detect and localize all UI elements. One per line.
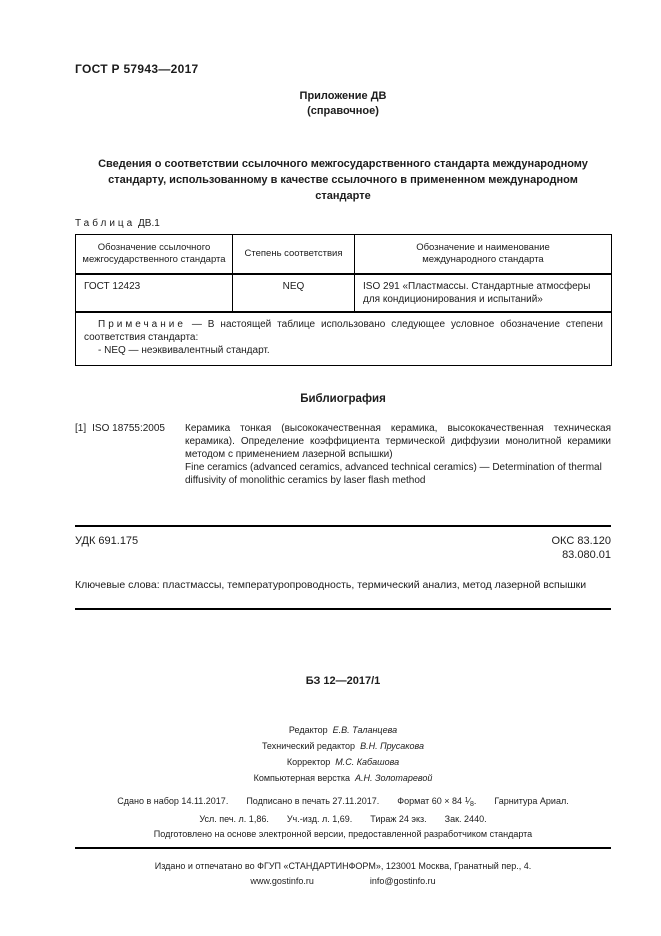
print-pub-sheets: Уч.-изд. л. 1,69. — [287, 814, 352, 824]
document-page: ГОСТ Р 57943—2017 Приложение ДВ (справоч… — [0, 0, 661, 936]
bibliography-ref-number: [1] — [75, 423, 86, 434]
table-header-text: Обозначение и наименование международног… — [388, 242, 578, 266]
credit-line: Технический редакторВ.Н. Прусакова — [75, 738, 611, 754]
credit-name: М.С. Кабашова — [335, 757, 399, 767]
credit-role: Редактор — [289, 725, 328, 735]
table-header-row: Обозначение ссылочного межгосударственно… — [76, 235, 612, 275]
print-info-line1: Сдано в набор 14.11.2017.Подписано в печ… — [75, 793, 611, 812]
table-note-paragraph: Примечание — В настоящей таблице использ… — [84, 318, 603, 344]
print-conv-sheets: Усл. печ. л. 1,86. — [199, 814, 268, 824]
bibliography-ref-code: ISO 18755:2005 — [92, 423, 165, 434]
publisher-contacts: www.gostinfo.ruinfo@gostinfo.ru — [75, 874, 611, 889]
oks-codes: ОКС 83.120 83.080.01 — [552, 534, 612, 562]
table-caption: Таблица ДВ.1 — [75, 218, 611, 229]
bibliography-text: Керамика тонкая (высококачественная кера… — [185, 422, 611, 487]
divider-line — [75, 608, 611, 610]
print-info-block: Сдано в набор 14.11.2017.Подписано в печ… — [75, 793, 611, 842]
oks-code-line2: 83.080.01 — [552, 548, 612, 562]
print-sign-date: Подписано в печать 27.11.2017. — [246, 796, 379, 806]
table-header-text: Степень соответствия — [239, 248, 348, 260]
print-format-fraction: 1⁄8 — [465, 796, 474, 806]
fraction-numerator: 1 — [465, 797, 469, 804]
table-cell-iso: ISO 291 «Пластмассы. Стандартные атмосфе… — [355, 274, 612, 312]
oks-code-line1: ОКС 83.120 — [552, 534, 612, 548]
bibliography-heading: Библиография — [75, 393, 611, 405]
print-set-date: Сдано в набор 14.11.2017. — [117, 796, 228, 806]
print-info-line2: Усл. печ. л. 1,86.Уч.-изд. л. 1,69.Тираж… — [75, 812, 611, 827]
divider-line — [75, 847, 611, 849]
credit-name: В.Н. Прусакова — [360, 741, 424, 751]
udk-code: УДК 691.175 — [75, 534, 138, 562]
appendix-title: Приложение ДВ — [75, 89, 611, 104]
keywords-line: Ключевые слова: пластмассы, температуроп… — [75, 579, 611, 591]
publisher-address: Издано и отпечатано во ФГУП «СТАНДАРТИНФ… — [75, 859, 611, 874]
bibliography-text-en: Fine ceramics (advanced ceramics, advanc… — [185, 461, 611, 487]
divider-line — [75, 525, 611, 527]
series-code: БЗ 12—2017/1 — [75, 675, 611, 687]
table-caption-word: Таблица — [75, 218, 135, 229]
bibliography-text-ru: Керамика тонкая (высококачественная кера… — [185, 422, 611, 461]
table-note-label: Примечание — [98, 319, 186, 330]
table-cell-gost: ГОСТ 12423 — [76, 274, 233, 312]
publisher-block: Издано и отпечатано во ФГУП «СТАНДАРТИНФ… — [75, 859, 611, 889]
table-note-cell: Примечание — В настоящей таблице использ… — [76, 312, 612, 366]
print-format: Формат 60 × 84 1⁄8. — [397, 796, 476, 806]
publisher-email: info@gostinfo.ru — [370, 876, 436, 886]
table-header-cell: Обозначение и наименование международног… — [355, 235, 612, 275]
print-circulation: Тираж 24 экз. — [370, 814, 426, 824]
credit-line: Компьютерная версткаА.Н. Золотаревой — [75, 770, 611, 786]
bibliography-ref: [1]ISO 18755:2005 — [75, 422, 185, 487]
section-title: Сведения о соответствии ссылочного межго… — [83, 156, 603, 204]
publisher-website: www.gostinfo.ru — [250, 876, 314, 886]
appendix-block: Приложение ДВ (справочное) — [75, 89, 611, 119]
table-row: ГОСТ 12423 NEQ ISO 291 «Пластмассы. Стан… — [76, 274, 612, 312]
doc-number: ГОСТ Р 57943—2017 — [75, 62, 611, 76]
credit-name: А.Н. Золотаревой — [355, 773, 432, 783]
correspondence-table: Обозначение ссылочного межгосударственно… — [75, 234, 612, 366]
credits-block: РедакторЕ.В. Таланцева Технический редак… — [75, 722, 611, 786]
print-format-text: Формат 60 × 84 — [397, 796, 462, 806]
print-order: Зак. 2440. — [445, 814, 487, 824]
table-header-cell: Степень соответствия — [233, 235, 355, 275]
table-header-cell: Обозначение ссылочного межгосударственно… — [76, 235, 233, 275]
table-header-text: Обозначение ссылочного межгосударственно… — [82, 242, 226, 266]
table-caption-number: ДВ.1 — [138, 218, 160, 229]
print-info-line3: Подготовлено на основе электронной верси… — [75, 827, 611, 842]
table-cell-degree: NEQ — [233, 274, 355, 312]
credit-role: Компьютерная верстка — [254, 773, 350, 783]
bibliography-entry: [1]ISO 18755:2005 Керамика тонкая (высок… — [75, 422, 611, 487]
credit-line: КорректорМ.С. Кабашова — [75, 754, 611, 770]
credit-role: Технический редактор — [262, 741, 355, 751]
table-note-item: - NEQ — неэквивалентный стандарт. — [84, 344, 603, 357]
credit-role: Корректор — [287, 757, 330, 767]
appendix-subtitle: (справочное) — [75, 104, 611, 119]
credit-name: Е.В. Таланцева — [333, 725, 397, 735]
print-typeface: Гарнитура Ариал. — [494, 796, 568, 806]
table-note-row: Примечание — В настоящей таблице использ… — [76, 312, 612, 366]
credit-line: РедакторЕ.В. Таланцева — [75, 722, 611, 738]
print-format-period: . — [474, 796, 477, 806]
page-content: ГОСТ Р 57943—2017 Приложение ДВ (справоч… — [75, 62, 611, 889]
codes-row: УДК 691.175 ОКС 83.120 83.080.01 — [75, 534, 611, 562]
